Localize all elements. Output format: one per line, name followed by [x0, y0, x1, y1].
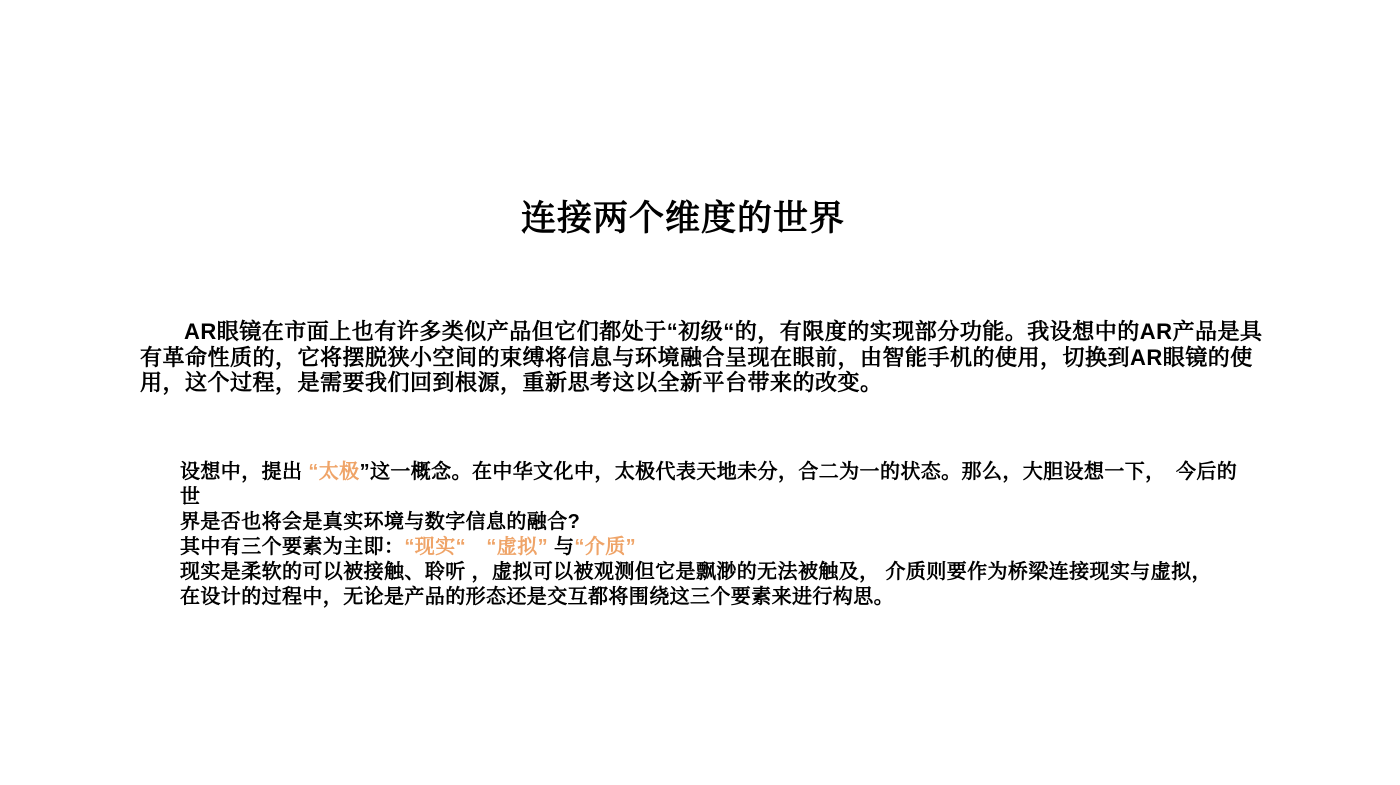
text-segment: 与 [548, 536, 574, 558]
page-title: 连接两个维度的世界 [0, 191, 1366, 241]
text-segment: 在设计的过程中，无论是产品的形态还是交互都将围绕这三个要素来进行构思。 [180, 586, 894, 608]
text-line: 设想中，提出 “太极”这一概念。在中华文化中，太极代表天地未分，合二为一的状态。… [180, 460, 1250, 510]
text-segment: 其中有三个要素为主即： [180, 536, 404, 558]
text-segment: 现实是柔软的可以被接触、聆听 ，虚拟可以被观测但它是飘渺的无法被触及， 介质则要… [180, 561, 1212, 583]
highlighted-term: “虚拟” [486, 536, 548, 558]
text-line: AR眼镜在市面上也有许多类似产品但它们都处于“初级“的，有限度的实现部分功能。我… [140, 319, 1300, 345]
highlighted-term: “太极 [308, 461, 359, 483]
text-segment: AR眼镜在市面上也有许多类似产品但它们都处于“初级“的，有限度的实现部分功能。我… [184, 319, 1263, 344]
text-line: 界是否也将会是真实环境与数字信息的融合? [180, 510, 1250, 535]
concept-paragraph: 设想中，提出 “太极”这一概念。在中华文化中，太极代表天地未分，合二为一的状态。… [180, 460, 1250, 610]
slide-canvas: 连接两个维度的世界 AR眼镜在市面上也有许多类似产品但它们都处于“初级“的，有限… [0, 0, 1400, 785]
highlighted-term: “介质” [574, 536, 636, 558]
text-line: 在设计的过程中，无论是产品的形态还是交互都将围绕这三个要素来进行构思。 [180, 585, 1250, 610]
text-segment: 有革命性质的，它将摆脱狭小空间的束缚将信息与环境融合呈现在眼前，由智能手机的使用… [140, 345, 1253, 370]
text-line: 其中有三个要素为主即：“现实“ “虚拟” 与“介质” [180, 535, 1250, 560]
text-segment: 用，这个过程，是需要我们回到根源，重新思考这以全新平台带来的改变。 [140, 370, 883, 395]
text-line: 有革命性质的，它将摆脱狭小空间的束缚将信息与环境融合呈现在眼前，由智能手机的使用… [140, 345, 1300, 371]
text-line: 现实是柔软的可以被接触、聆听 ，虚拟可以被观测但它是飘渺的无法被触及， 介质则要… [180, 560, 1250, 585]
text-line: 用，这个过程，是需要我们回到根源，重新思考这以全新平台带来的改变。 [140, 370, 1300, 396]
text-segment: 界是否也将会是真实环境与数字信息的融合? [180, 511, 580, 533]
highlighted-term: “现实“ [404, 536, 466, 558]
text-segment: 设想中，提出 [180, 461, 308, 483]
intro-paragraph: AR眼镜在市面上也有许多类似产品但它们都处于“初级“的，有限度的实现部分功能。我… [140, 319, 1300, 396]
text-segment [466, 536, 486, 558]
